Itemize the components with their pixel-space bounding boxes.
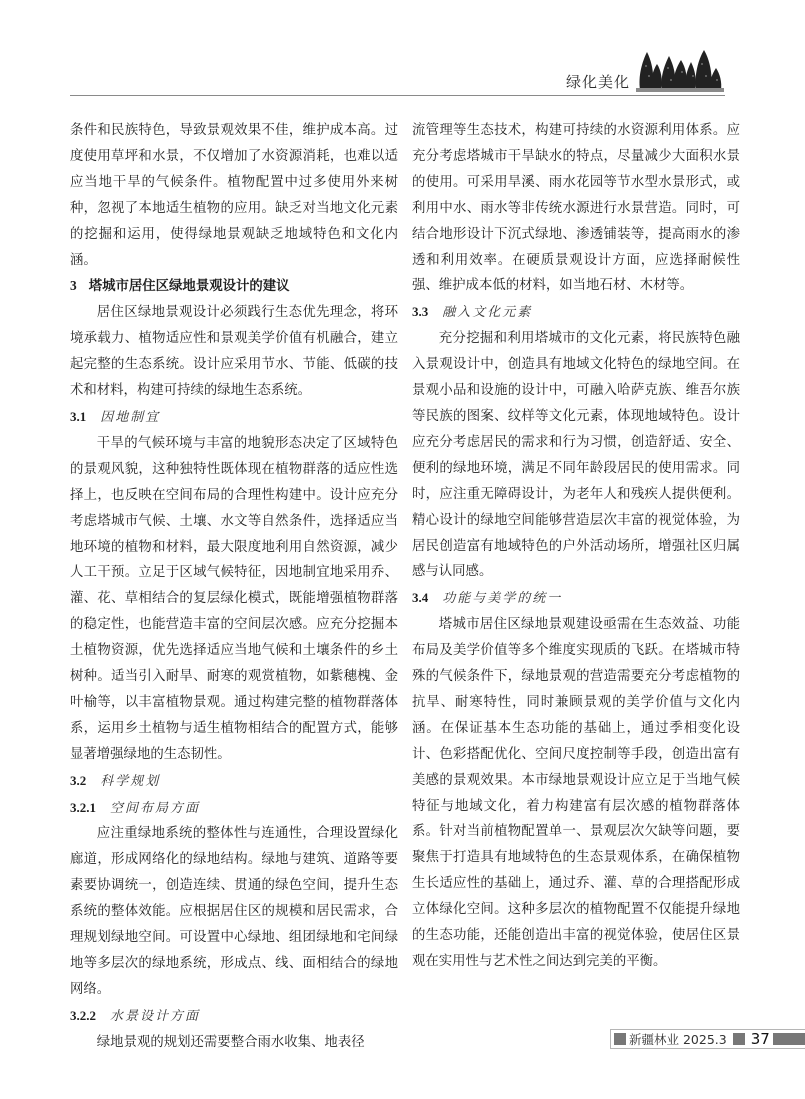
- tree-base-bar: [636, 88, 724, 92]
- page-number: 37: [751, 1030, 770, 1048]
- paragraph-3-1: 干旱的气候环境与丰富的地貌形态决定了区域特色的景观风貌，这种独特性既体现在植物群…: [70, 431, 398, 768]
- paragraph-3-2-2-start: 绿地景观的规划还需要整合雨水收集、地表径: [70, 1030, 398, 1056]
- heading-3-4: 3.4功能与美学的统一: [412, 585, 740, 612]
- footer-square-marker: [614, 1033, 626, 1045]
- paragraph-3: 居住区绿地景观设计必须践行生态优先理念，将环境承载力、植物适应性和景观美学价值有…: [70, 300, 398, 404]
- section-title: 绿化美化: [566, 71, 630, 92]
- footer-square-marker: [733, 1033, 745, 1045]
- paragraph-3-2-1: 应注重绿地系统的整体性与连通性，合理设置绿化廊道，形成网络化的绿地结构。绿地与建…: [70, 821, 398, 1002]
- right-column: 流管理等生态技术，构建可持续的水资源利用体系。应充分考虑塔城市干旱缺水的特点，尽…: [412, 118, 740, 975]
- heading-3-2: 3.2科学规划: [70, 768, 398, 795]
- footer-bar: [773, 1033, 805, 1045]
- journal-issue: 新疆林业 2025.3: [629, 1030, 727, 1048]
- heading-3-2-1: 3.2.1空间布局方面: [70, 795, 398, 822]
- left-column: 条件和民族特色，导致景观效果不佳，维护成本高。过度使用草坪和水景，不仅增加了水资…: [70, 118, 398, 1056]
- heading-3-1: 3.1因地制宜: [70, 404, 398, 431]
- paragraph-3-4: 塔城市居住区绿地景观建设亟需在生态效益、功能布局及美学价值等多个维度实现质的飞跃…: [412, 612, 740, 975]
- heading-3-2-2: 3.2.2水景设计方面: [70, 1003, 398, 1030]
- tree-row-icon: [636, 46, 726, 94]
- paragraph-3-2-2-continued: 流管理等生态技术，构建可持续的水资源利用体系。应充分考虑塔城市干旱缺水的特点，尽…: [412, 118, 740, 299]
- paragraph-3-3: 充分挖掘和利用塔城市的文化元素，将民族特色融入景观设计中，创造具有地域文化特色的…: [412, 326, 740, 585]
- paragraph-intro: 条件和民族特色，导致景观效果不佳，维护成本高。过度使用草坪和水景，不仅增加了水资…: [70, 118, 398, 273]
- header-divider: [70, 95, 725, 96]
- heading-3: 3塔城市居住区绿地景观设计的建议: [70, 273, 398, 300]
- heading-3-3: 3.3融入文化元素: [412, 299, 740, 326]
- page-footer: 新疆林业 2025.3 37: [610, 1029, 805, 1049]
